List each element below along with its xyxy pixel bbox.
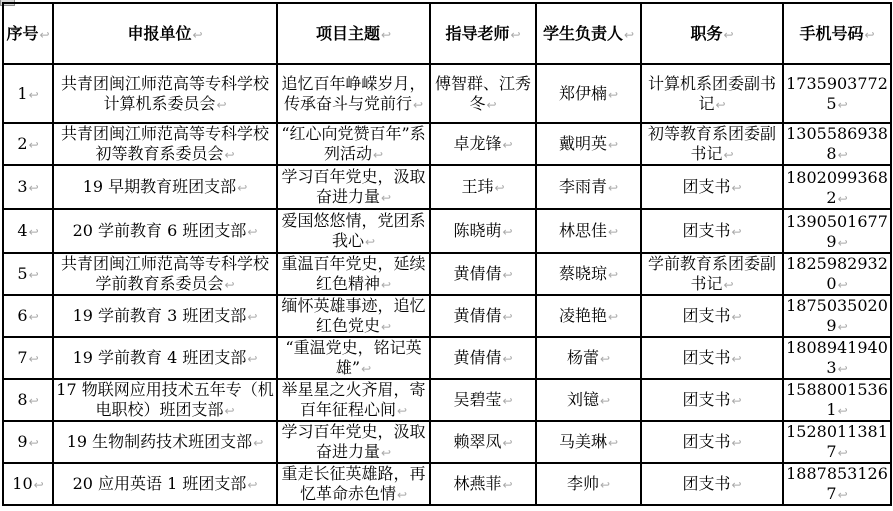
- end-of-cell-mark-icon: ↩: [39, 28, 49, 42]
- end-of-cell-mark-icon: ↩: [600, 478, 610, 492]
- cell-student[interactable]: 林思佳↩: [536, 209, 641, 253]
- end-of-cell-mark-icon: ↩: [224, 404, 234, 418]
- end-of-cell-mark-icon: ↩: [34, 478, 44, 492]
- col-header-teacher-label: 指导老师: [445, 24, 509, 43]
- table-row: 7↩ 19 学前教育 4 班团支部↩ “重温党史，铭记英雄”↩ 黄倩倩↩ 杨蕾↩…: [3, 337, 891, 379]
- cell-unit[interactable]: 19 学前教育 4 班团支部↩: [53, 337, 277, 379]
- table-row: 6↩ 19 学前教育 3 班团支部↩ 缅怀英雄事迹，追忆红色党史↩ 黄倩倩↩ 凌…: [3, 295, 891, 337]
- cell-teacher[interactable]: 卓龙锋↩: [430, 123, 536, 165]
- end-of-cell-mark-icon: ↩: [502, 394, 512, 408]
- cell-phone[interactable]: 18878531267↩: [783, 463, 891, 505]
- end-of-cell-mark-icon: ↩: [715, 98, 725, 112]
- end-of-cell-mark-icon: ↩: [608, 88, 618, 102]
- end-of-cell-mark-icon: ↩: [29, 88, 39, 102]
- table-row: 9↩ 19 生物制药技术班团支部↩ 学习百年党史，汲取奋进力量↩ 赖翠凤↩ 马美…: [3, 421, 891, 463]
- end-of-cell-mark-icon: ↩: [608, 310, 618, 324]
- cell-position[interactable]: 团支书↩: [641, 463, 783, 505]
- end-of-cell-mark-icon: ↩: [838, 320, 848, 334]
- end-of-cell-mark-icon: ↩: [510, 28, 520, 42]
- end-of-cell-mark-icon: ↩: [600, 394, 610, 408]
- cell-theme[interactable]: “红心向党赞百年”系列活动↩: [277, 123, 430, 165]
- cell-no[interactable]: 9↩: [3, 421, 53, 463]
- cell-position[interactable]: 团支书↩: [641, 165, 783, 209]
- end-of-cell-mark-icon: ↩: [502, 478, 512, 492]
- end-of-cell-mark-icon: ↩: [29, 181, 39, 195]
- col-header-position[interactable]: 职务↩: [641, 3, 783, 64]
- cell-unit[interactable]: 19 学前教育 3 班团支部↩: [53, 295, 277, 337]
- cell-theme[interactable]: 缅怀英雄事迹，追忆红色党史↩: [277, 295, 430, 337]
- end-of-cell-mark-icon: ↩: [397, 488, 407, 502]
- col-header-phone-label: 手机号码: [799, 24, 863, 43]
- end-of-cell-mark-icon: ↩: [247, 478, 257, 492]
- end-of-cell-mark-icon: ↩: [723, 278, 733, 292]
- cell-unit[interactable]: 20 学前教育 6 班团支部↩: [53, 209, 277, 253]
- cell-unit[interactable]: 共青团闽江师范高等专科学校初等教育系委员会↩: [53, 123, 277, 165]
- col-header-theme-label: 项目主题: [316, 24, 380, 43]
- end-of-cell-mark-icon: ↩: [29, 436, 39, 450]
- col-header-unit-label: 申报单位: [127, 24, 191, 43]
- table-row: 1↩ 共青团闽江师范高等专科学校计算机系委员会↩ 追忆百年峥嵘岁月，传承奋斗与党…: [3, 64, 891, 123]
- cell-theme[interactable]: 重温百年党史，延续红色精神↩: [277, 253, 430, 295]
- cell-phone[interactable]: 18750350209↩: [783, 295, 891, 337]
- cell-phone[interactable]: 18259829320↩: [783, 253, 891, 295]
- cell-teacher[interactable]: 赖翠凤↩: [430, 421, 536, 463]
- end-of-cell-mark-icon: ↩: [381, 191, 391, 205]
- cell-no[interactable]: 7↩: [3, 337, 53, 379]
- end-of-cell-mark-icon: ↩: [624, 28, 634, 42]
- col-header-teacher[interactable]: 指导老师↩: [430, 3, 536, 64]
- cell-teacher[interactable]: 王玮↩: [430, 165, 536, 209]
- end-of-cell-mark-icon: ↩: [723, 148, 733, 162]
- end-of-cell-mark-icon: ↩: [502, 310, 512, 324]
- end-of-cell-mark-icon: ↩: [29, 268, 39, 282]
- end-of-cell-mark-icon: ↩: [838, 362, 848, 376]
- end-of-cell-mark-icon: ↩: [838, 148, 848, 162]
- cell-phone[interactable]: 15280113817↩: [783, 421, 891, 463]
- cell-phone[interactable]: 18089419403↩: [783, 337, 891, 379]
- end-of-cell-mark-icon: ↩: [502, 268, 512, 282]
- end-of-cell-mark-icon: ↩: [723, 28, 733, 42]
- col-header-student-label: 学生负责人: [543, 24, 623, 43]
- end-of-cell-mark-icon: ↩: [361, 362, 371, 376]
- cell-no[interactable]: 2↩: [3, 123, 53, 165]
- end-of-cell-mark-icon: ↩: [253, 436, 263, 450]
- cell-student[interactable]: 李雨青↩: [536, 165, 641, 209]
- cell-phone[interactable]: 13055869388↩: [783, 123, 891, 165]
- cell-unit[interactable]: 17 物联网应用技术五年专（机电职校）班团支部↩: [53, 379, 277, 421]
- end-of-cell-mark-icon: ↩: [413, 98, 423, 112]
- end-of-cell-mark-icon: ↩: [731, 225, 741, 239]
- col-header-position-label: 职务: [690, 24, 722, 43]
- end-of-cell-mark-icon: ↩: [608, 181, 618, 195]
- cell-phone[interactable]: 15880015361↩: [783, 379, 891, 421]
- end-of-cell-mark-icon: ↩: [381, 278, 391, 292]
- end-of-cell-mark-icon: ↩: [600, 352, 610, 366]
- end-of-cell-mark-icon: ↩: [838, 98, 848, 112]
- cell-theme[interactable]: 学习百年党史，汲取奋进力量↩: [277, 421, 430, 463]
- end-of-cell-mark-icon: ↩: [731, 478, 741, 492]
- end-of-cell-mark-icon: ↩: [838, 488, 848, 502]
- end-of-cell-mark-icon: ↩: [838, 192, 848, 206]
- cell-no[interactable]: 1↩: [3, 64, 53, 123]
- cell-teacher[interactable]: 吴碧莹↩: [430, 379, 536, 421]
- cell-teacher[interactable]: 傅智群、江秀冬↩: [430, 64, 536, 123]
- cell-no[interactable]: 5↩: [3, 253, 53, 295]
- end-of-cell-mark-icon: ↩: [502, 436, 512, 450]
- cell-position[interactable]: 团支书↩: [641, 295, 783, 337]
- end-of-cell-mark-icon: ↩: [864, 28, 874, 42]
- cell-student[interactable]: 杨蕾↩: [536, 337, 641, 379]
- cell-position[interactable]: 学前教育系团委副书记↩: [641, 253, 783, 295]
- end-of-cell-mark-icon: ↩: [29, 138, 39, 152]
- cell-position[interactable]: 团支书↩: [641, 379, 783, 421]
- end-of-cell-mark-icon: ↩: [29, 394, 39, 408]
- cell-position[interactable]: 计算机系团委副书记↩: [641, 64, 783, 123]
- cell-student[interactable]: 马美琳↩: [536, 421, 641, 463]
- end-of-cell-mark-icon: ↩: [838, 278, 848, 292]
- cell-no[interactable]: 8↩: [3, 379, 53, 421]
- cell-student[interactable]: 蔡晓琼↩: [536, 253, 641, 295]
- end-of-cell-mark-icon: ↩: [224, 148, 234, 162]
- end-of-cell-mark-icon: ↩: [731, 310, 741, 324]
- end-of-cell-mark-icon: ↩: [381, 446, 391, 460]
- cell-unit[interactable]: 共青团闽江师范高等专科学校计算机系委员会↩: [53, 64, 277, 123]
- table-row: 4↩ 20 学前教育 6 班团支部↩ 爱国悠悠情，党团系我心↩ 陈晓萌↩ 林思佳…: [3, 209, 891, 253]
- cell-student[interactable]: 戴明英↩: [536, 123, 641, 165]
- cell-student[interactable]: 刘镱↩: [536, 379, 641, 421]
- end-of-cell-mark-icon: ↩: [29, 310, 39, 324]
- cell-phone[interactable]: 13905016779↩: [783, 209, 891, 253]
- table-row: 2↩ 共青团闽江师范高等专科学校初等教育系委员会↩ “红心向党赞百年”系列活动↩…: [3, 123, 891, 165]
- cell-teacher[interactable]: 黄倩倩↩: [430, 253, 536, 295]
- end-of-cell-mark-icon: ↩: [502, 352, 512, 366]
- project-table: 序号↩ 申报单位↩ 项目主题↩ 指导老师↩ 学生负责人↩ 职务↩ 手机号码↩ 1…: [2, 2, 892, 506]
- cell-no[interactable]: 3↩: [3, 165, 53, 209]
- end-of-cell-mark-icon: ↩: [731, 181, 741, 195]
- end-of-cell-mark-icon: ↩: [608, 225, 618, 239]
- cell-teacher[interactable]: 陈晓萌↩: [430, 209, 536, 253]
- cell-unit[interactable]: 19 早期教育班团支部↩: [53, 165, 277, 209]
- col-header-no-label: 序号: [6, 24, 38, 43]
- end-of-cell-mark-icon: ↩: [608, 436, 618, 450]
- cell-theme[interactable]: 举星星之火齐眉，寄百年征程心间↩: [277, 379, 430, 421]
- end-of-cell-mark-icon: ↩: [224, 278, 234, 292]
- end-of-cell-mark-icon: ↩: [237, 181, 247, 195]
- cell-student[interactable]: 郑伊楠↩: [536, 64, 641, 123]
- cell-position[interactable]: 初等教育系团委副书记↩: [641, 123, 783, 165]
- cell-theme[interactable]: 爱国悠悠情，党团系我心↩: [277, 209, 430, 253]
- end-of-cell-mark-icon: ↩: [373, 148, 383, 162]
- document-page: 序号↩ 申报单位↩ 项目主题↩ 指导老师↩ 学生负责人↩ 职务↩ 手机号码↩ 1…: [0, 0, 893, 511]
- cell-theme[interactable]: “重温党史，铭记英雄”↩: [277, 337, 430, 379]
- col-header-student[interactable]: 学生负责人↩: [536, 3, 641, 64]
- end-of-cell-mark-icon: ↩: [731, 394, 741, 408]
- cell-theme[interactable]: 追忆百年峥嵘岁月，传承奋斗与党前行↩: [277, 64, 430, 123]
- end-of-cell-mark-icon: ↩: [502, 138, 512, 152]
- cell-student[interactable]: 凌艳艳↩: [536, 295, 641, 337]
- end-of-cell-mark-icon: ↩: [216, 98, 226, 112]
- end-of-cell-mark-icon: ↩: [838, 236, 848, 250]
- end-of-cell-mark-icon: ↩: [365, 235, 375, 249]
- cell-unit[interactable]: 19 生物制药技术班团支部↩: [53, 421, 277, 463]
- end-of-cell-mark-icon: ↩: [486, 98, 496, 112]
- end-of-cell-mark-icon: ↩: [247, 225, 257, 239]
- end-of-cell-mark-icon: ↩: [247, 310, 257, 324]
- end-of-cell-mark-icon: ↩: [192, 28, 202, 42]
- cell-position[interactable]: 团支书↩: [641, 209, 783, 253]
- end-of-cell-mark-icon: ↩: [731, 352, 741, 366]
- cell-phone[interactable]: 17359037725↩: [783, 64, 891, 123]
- cell-no[interactable]: 10↩: [3, 463, 53, 505]
- table-row: 3↩ 19 早期教育班团支部↩ 学习百年党史，汲取奋进力量↩ 王玮↩ 李雨青↩ …: [3, 165, 891, 209]
- cell-position[interactable]: 团支书↩: [641, 337, 783, 379]
- cell-theme[interactable]: 学习百年党史，汲取奋进力量↩: [277, 165, 430, 209]
- end-of-cell-mark-icon: ↩: [731, 436, 741, 450]
- table-row: 8↩ 17 物联网应用技术五年专（机电职校）班团支部↩ 举星星之火齐眉，寄百年征…: [3, 379, 891, 421]
- header-row: 序号↩ 申报单位↩ 项目主题↩ 指导老师↩ 学生负责人↩ 职务↩ 手机号码↩: [3, 3, 891, 64]
- cell-teacher[interactable]: 林燕菲↩: [430, 463, 536, 505]
- cell-no[interactable]: 4↩: [3, 209, 53, 253]
- end-of-cell-mark-icon: ↩: [838, 446, 848, 460]
- end-of-cell-mark-icon: ↩: [838, 404, 848, 418]
- end-of-cell-mark-icon: ↩: [381, 320, 391, 334]
- cell-theme[interactable]: 重走长征英雄路，再忆革命赤色情↩: [277, 463, 430, 505]
- cell-teacher[interactable]: 黄倩倩↩: [430, 295, 536, 337]
- cell-student[interactable]: 李帅↩: [536, 463, 641, 505]
- end-of-cell-mark-icon: ↩: [29, 352, 39, 366]
- end-of-cell-mark-icon: ↩: [381, 28, 391, 42]
- cell-position[interactable]: 团支书↩: [641, 421, 783, 463]
- col-header-theme[interactable]: 项目主题↩: [277, 3, 430, 64]
- end-of-cell-mark-icon: ↩: [502, 225, 512, 239]
- table-row: 10↩ 20 应用英语 1 班团支部↩ 重走长征英雄路，再忆革命赤色情↩ 林燕菲…: [3, 463, 891, 505]
- end-of-cell-mark-icon: ↩: [608, 268, 618, 282]
- cell-phone[interactable]: 18020993682↩: [783, 165, 891, 209]
- end-of-cell-mark-icon: ↩: [29, 225, 39, 239]
- cell-teacher[interactable]: 黄倩倩↩: [430, 337, 536, 379]
- col-header-unit[interactable]: 申报单位↩: [53, 3, 277, 64]
- end-of-cell-mark-icon: ↩: [247, 352, 257, 366]
- table-row: 5↩ 共青团闽江师范高等专科学校学前教育系委员会↩ 重温百年党史，延续红色精神↩…: [3, 253, 891, 295]
- cell-unit[interactable]: 20 应用英语 1 班团支部↩: [53, 463, 277, 505]
- end-of-cell-mark-icon: ↩: [494, 181, 504, 195]
- end-of-cell-mark-icon: ↩: [397, 404, 407, 418]
- cell-unit[interactable]: 共青团闽江师范高等专科学校学前教育系委员会↩: [53, 253, 277, 295]
- cell-no[interactable]: 6↩: [3, 295, 53, 337]
- col-header-phone[interactable]: 手机号码↩: [783, 3, 891, 64]
- col-header-no[interactable]: 序号↩: [3, 3, 53, 64]
- end-of-cell-mark-icon: ↩: [608, 138, 618, 152]
